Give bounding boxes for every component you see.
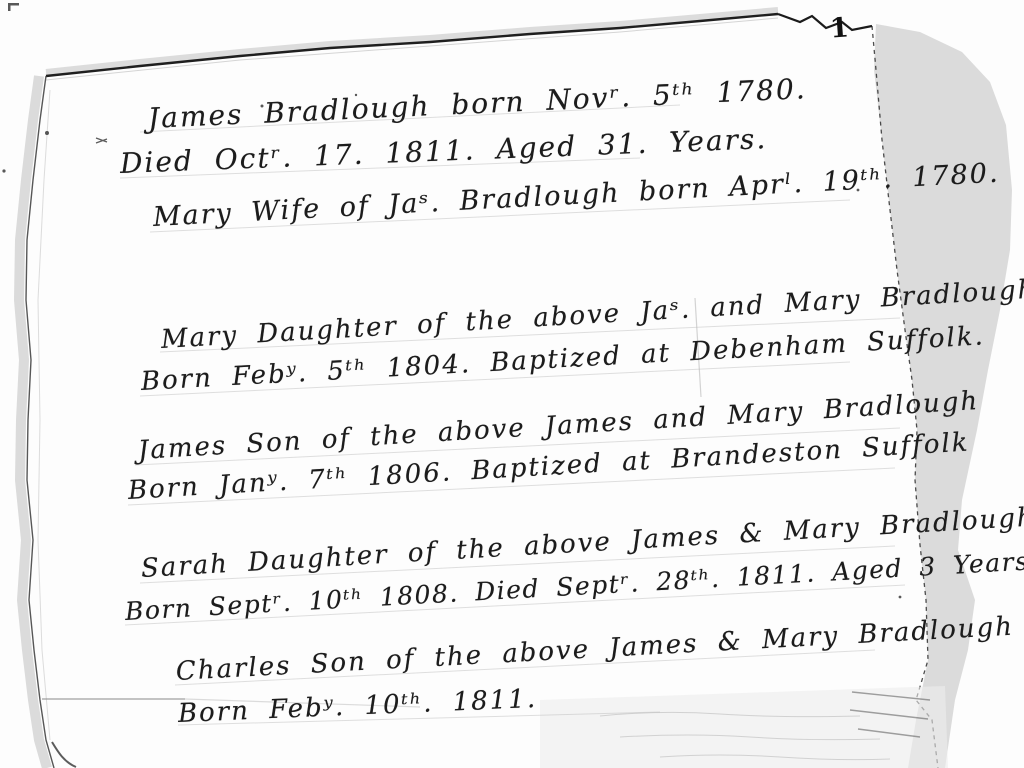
pen-flourish-bottom-left [52,742,76,767]
paper-top-edge-shadow [46,18,778,80]
paper-left-edge-inner [38,90,50,740]
scanned-register-page: 1 James Bradlough born Novʳ. 5ᵗʰ 1780. D… [0,0,1024,768]
paper-top-edge-fuzz [46,10,778,72]
cross-mark [96,138,107,143]
paper-top-edge [46,14,778,76]
page-number: 1 [829,12,850,44]
page-fold-mark [778,14,872,30]
